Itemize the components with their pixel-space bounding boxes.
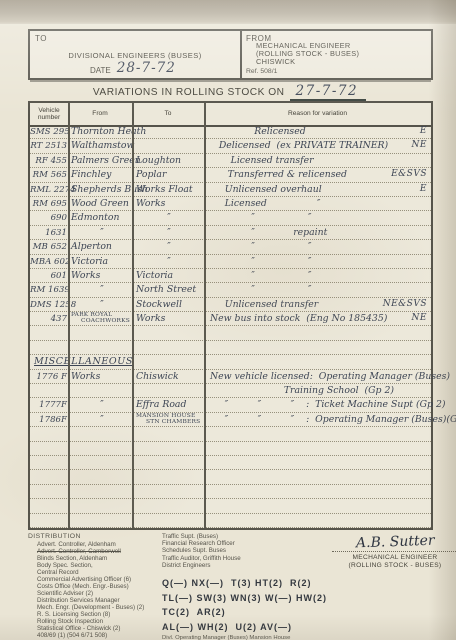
reason-cell: Training School (Gp 2) [207, 384, 403, 398]
from-cell: Palmers Green [71, 154, 133, 168]
reason-cell: ″ ″ [207, 283, 403, 297]
table-row: SMS 295Thornton Heath RelicensedE [30, 125, 431, 139]
to-cell: ″ [136, 255, 202, 269]
table-row: DMS 1258″Stockwell Unlicensed transferNE… [30, 298, 431, 312]
vehicle-cell: RF 455 [30, 154, 67, 168]
distribution-item: Statistical Office - Chiswick (2) [28, 625, 170, 632]
table-row [30, 427, 431, 441]
vehicle-cell: 1776 F [30, 370, 67, 384]
table-row: 1786F″MANSION HOUSESTN CHAMBERS ″ ″ ″ : … [30, 413, 431, 427]
from-cell: ″ [71, 413, 133, 427]
table-row [30, 470, 431, 484]
scan-artifact-strip [0, 0, 456, 24]
column-divider [132, 103, 134, 528]
to-cell: Works [136, 312, 202, 326]
from-cell: ″ [71, 298, 133, 312]
distribution-item: Schedules Supt. Buses [162, 547, 312, 554]
variation-code: E [420, 183, 427, 197]
allocation-code-line: TC(2) AR(2) [162, 605, 327, 620]
reason-cell: Transferred & relicensed [207, 168, 403, 182]
table-row: 437PARK ROYALCOACHWORKSWorks New bus int… [30, 312, 431, 326]
vehicle-cell: 1777F [30, 398, 67, 412]
column-header-vehicle: Vehicle number [30, 103, 68, 125]
distribution-item: Rolling Stock Inspection [28, 618, 170, 625]
from-cell: Thornton Heath [71, 125, 133, 139]
garage-allocation-codes: Q(—) NX(—) T(3) HT(2) R(2)TL(—) SW(3) WN… [162, 576, 327, 634]
table-row: 1776 FWorksChiswick New vehicle licensed… [30, 370, 431, 384]
reason-cell: Licensed transfer [207, 154, 403, 168]
to-label: TO [35, 34, 47, 43]
distribution-list-left: DISTRIBUTION Advert. Controller, Aldenha… [28, 533, 170, 639]
reason-cell: New bus into stock (Eng No 185435) [207, 312, 403, 326]
reason-cell: Relicensed [207, 125, 403, 139]
distribution-list-middle: Traffic Supt. (Buses)Financial Research … [162, 533, 312, 569]
address-box-divider [240, 31, 242, 78]
variation-code: NE [412, 312, 427, 326]
vehicle-cell: RML 2274 [30, 183, 67, 197]
table-body: SMS 295Thornton Heath RelicensedERT 2513… [30, 125, 431, 528]
date-value: 28-7-72 [117, 60, 176, 76]
column-header-from: From [68, 103, 132, 125]
to-cell: MANSION HOUSESTN CHAMBERS [136, 413, 202, 426]
vehicle-cell: 1786F [30, 413, 67, 427]
table-row: RM 1639″North Street ″ ″ [30, 283, 431, 297]
from-cell: PARK ROYALCOACHWORKS [71, 312, 133, 325]
table-row [30, 442, 431, 456]
vehicle-cell: RM 565 [30, 168, 67, 182]
variation-code: E&SVS [391, 168, 427, 182]
distribution-item: Body Spec. Section, [28, 562, 170, 569]
reason-cell: Delicensed (ex PRIVATE TRAINER) [207, 139, 403, 153]
table-row: RML 2274Shepherds BushWorks Float Unlice… [30, 183, 431, 197]
from-cell: Shepherds Bush [71, 183, 133, 197]
reason-cell: ″ ″ [207, 269, 403, 283]
form-title-printed: VARIATIONS IN ROLLING STOCK ON [93, 87, 285, 98]
distribution-item: Blinds Section, Aldenham [28, 555, 170, 562]
from-cell: ″ [71, 226, 133, 240]
allocation-code-line: AL(—) WH(2) U(2) AV(—) [162, 620, 327, 635]
distribution-items-left: Advert. Controller, AldenhamAdvert. Cont… [28, 541, 170, 632]
to-cell: Works [136, 197, 202, 211]
table-row: 690Edmonton″ ″ ″ [30, 211, 431, 225]
distribution-heading: DISTRIBUTION [28, 533, 170, 540]
table-row: 1631″″ ″ repaint [30, 226, 431, 240]
distribution-item: Scientific Adviser (2) [28, 590, 170, 597]
vehicle-cell: RM 1639 [30, 283, 67, 297]
to-cell: ″ [136, 211, 202, 225]
from-address: MECHANICAL ENGINEER (ROLLING STOCK - BUS… [256, 42, 359, 67]
variation-code: E [420, 125, 427, 139]
vehicle-cell: SMS 295 [30, 125, 67, 139]
table-row [30, 456, 431, 470]
to-cell: Effra Road [136, 398, 202, 412]
from-line: CHISWICK [256, 58, 359, 66]
variation-code: NE [412, 139, 427, 153]
distribution-item: Commercial Advertising Officer (6) [28, 576, 170, 583]
table-row: MISCELLANEOUS [30, 355, 431, 369]
reason-cell: Licensed ″ [207, 197, 403, 211]
column-header-to: To [132, 103, 204, 125]
table-row: Training School (Gp 2) [30, 384, 431, 398]
to-recipient: DIVISIONAL ENGINEERS (BUSES) [30, 51, 240, 60]
from-cell: Wood Green [71, 197, 133, 211]
reason-cell: Unlicensed overhaul [207, 183, 403, 197]
reason-cell: ″ ″ ″ : Ticket Machine Supt (Gp 2) [207, 398, 403, 412]
from-cell: ″ [71, 398, 133, 412]
vehicle-cell: MBA 602 [30, 255, 67, 269]
reason-cell: ″ ″ [207, 240, 403, 254]
from-cell: Works [71, 269, 133, 283]
vehicle-cell: 601 [30, 269, 67, 283]
date-label: DATE [90, 66, 111, 75]
from-cell: Edmonton [71, 211, 133, 225]
vehicle-cell: 437 [30, 312, 67, 326]
vehicle-cell: DMS 1258 [30, 298, 67, 312]
miscellaneous-heading: MISCELLANEOUS [34, 355, 133, 369]
to-cell: Poplar [136, 168, 202, 182]
vehicle-cell: 1631 [30, 226, 67, 240]
distribution-item: Traffic Supt. (Buses) [162, 533, 312, 540]
codes-footer: Divl. Operating Manager (Buses) Mansion … [162, 635, 290, 640]
distribution-item: Advert. Controller, Aldenham [28, 541, 170, 548]
table-row: RM 695Wood GreenWorks Licensed ″ [30, 197, 431, 211]
variation-code: NE&SVS [383, 298, 427, 312]
from-cell: Walthamstow [71, 139, 133, 153]
table-row [30, 326, 431, 340]
table-row: RT 2513Walthamstow Delicensed (ex PRIVAT… [30, 139, 431, 153]
table-row [30, 499, 431, 513]
signatory-title: (ROLLING STOCK - BUSES) [330, 562, 456, 570]
distribution-item: Central Record [28, 569, 170, 576]
distribution-item: Financial Research Officer [162, 540, 312, 547]
allocation-code-line: TL(—) SW(3) WN(3) W(—) HW(2) [162, 591, 327, 606]
table-row [30, 514, 431, 528]
distribution-item: Advert. Controller, Camberwell [28, 548, 170, 555]
table-header: Vehicle number From To Reason for variat… [30, 103, 431, 127]
vehicle-cell: RT 2513 [30, 139, 67, 153]
reason-cell: ″ ″ [207, 255, 403, 269]
scanned-form: TO DIVISIONAL ENGINEERS (BUSES) DATE28-7… [0, 0, 456, 640]
distribution-item: Distribution Services Manager [28, 597, 170, 604]
reason-cell: ″ ″ [207, 211, 403, 225]
vehicle-cell: RM 695 [30, 197, 67, 211]
signatory-title: MECHANICAL ENGINEER [330, 554, 456, 562]
to-cell: Chiswick [136, 370, 202, 384]
date-line: DATE28-7-72 [90, 61, 176, 77]
to-cell: Stockwell [136, 298, 202, 312]
from-cell: Works [71, 370, 133, 384]
to-cell: ″ [136, 226, 202, 240]
distribution-section: DISTRIBUTION Advert. Controller, Aldenha… [28, 533, 452, 639]
distribution-item: Costs Office (Mech. Engr.-Buses) [28, 583, 170, 590]
ref-number: Ref. 508/1 [246, 68, 277, 75]
reason-cell: ″ repaint [207, 226, 403, 240]
to-cell: Loughton [136, 154, 202, 168]
table-row [30, 341, 431, 355]
distribution-item: Mech. Engr. (Development - Buses) (2) [28, 604, 170, 611]
column-divider [68, 103, 70, 528]
vehicle-cell: 690 [30, 211, 67, 225]
to-cell: North Street [136, 283, 202, 297]
reason-cell: Unlicensed transfer [207, 298, 403, 312]
table-row: RF 455Palmers GreenLoughton Licensed tra… [30, 154, 431, 168]
signature-block: A.B. Sutter MECHANICAL ENGINEER (ROLLING… [330, 533, 456, 569]
form-reference: 408/69 (1) (504 6/71 508) [28, 632, 170, 639]
from-cell: Victoria [71, 255, 133, 269]
table-row: RM 565FinchleyPoplar Transferred & relic… [30, 168, 431, 182]
vehicle-cell: MB 652 [30, 240, 67, 254]
from-cell: Alperton [71, 240, 133, 254]
signature: A.B. Sutter [345, 532, 444, 552]
table-row: 1777F″Effra Road ″ ″ ″ : Ticket Machine … [30, 398, 431, 412]
distribution-item: R. S. Licensing Section (8) [28, 611, 170, 618]
from-cell: Finchley [71, 168, 133, 182]
table-row [30, 485, 431, 499]
form-title-date: 27-7-72 [290, 83, 367, 101]
table-row: MBA 602Victoria″ ″ ″ [30, 255, 431, 269]
variations-table: Vehicle number From To Reason for variat… [28, 101, 433, 530]
reason-cell: New vehicle licensed: Operating Manager … [207, 370, 403, 384]
to-cell: ″ [136, 240, 202, 254]
distribution-item: District Engineers [162, 562, 312, 569]
from-cell: ″ [71, 283, 133, 297]
address-box: TO DIVISIONAL ENGINEERS (BUSES) DATE28-7… [28, 29, 433, 80]
column-header-reason: Reason for variation [204, 103, 431, 125]
allocation-code-line: Q(—) NX(—) T(3) HT(2) R(2) [162, 576, 327, 591]
to-cell: Victoria [136, 269, 202, 283]
form-title: VARIATIONS IN ROLLING STOCK ON27-7-72 [28, 83, 431, 99]
to-cell: Works Float [136, 183, 202, 197]
table-row: 601WorksVictoria ″ ″ [30, 269, 431, 283]
reason-cell: ″ ″ ″ : Operating Manager (Buses)(Gp 2) [207, 413, 403, 427]
table-row: MB 652Alperton″ ″ ″ [30, 240, 431, 254]
distribution-item: Traffic Auditor, Griffith House [162, 555, 312, 562]
column-divider [204, 103, 206, 528]
